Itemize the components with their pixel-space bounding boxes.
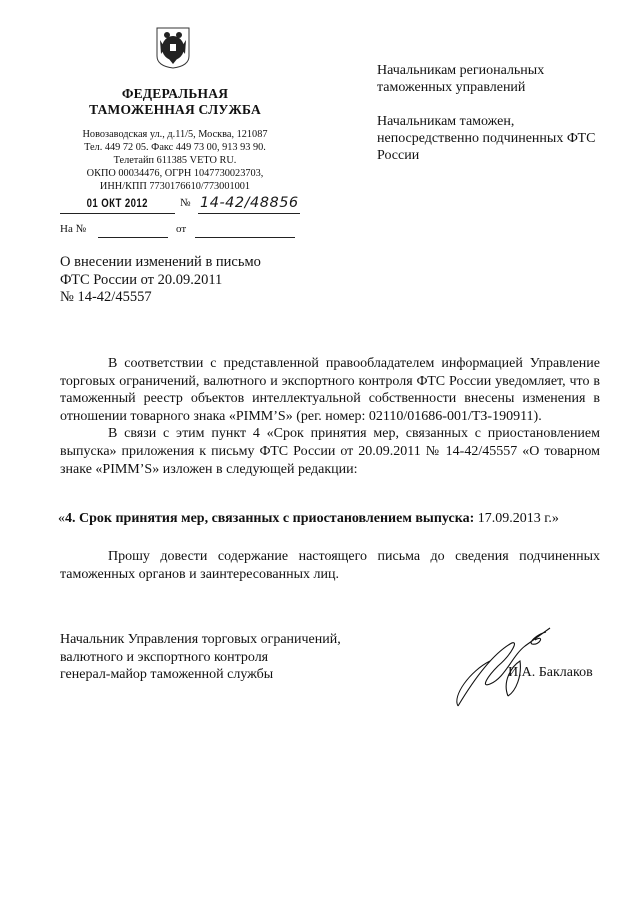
- address-line: Телетайп 611385 VETO RU.: [55, 154, 295, 167]
- reply-from-blank: [195, 237, 295, 238]
- address-line: ОКПО 00034476, ОГРН 1047730023703,: [55, 167, 295, 180]
- organization-name-line1: ФЕДЕРАЛЬНАЯ: [60, 86, 290, 102]
- body-paragraph: В соответствии с представленной правообл…: [60, 355, 600, 425]
- position-line: Начальник Управления торговых ограничени…: [60, 631, 390, 649]
- body-paragraph: В связи с этим пункт 4 «Срок принятия ме…: [60, 425, 600, 478]
- position-line: валютного и экспортного контроля: [60, 649, 390, 667]
- address-line: ИНН/КПП 7730176610/773001001: [55, 180, 295, 193]
- registration-line: 01 ОКТ 2012 № 14-42/48856: [60, 194, 300, 214]
- letter-subject: О внесении изменений в письмо ФТС России…: [60, 254, 320, 307]
- signer-position: Начальник Управления торговых ограничени…: [60, 631, 390, 684]
- amendment-text: «4. Срок принятия мер, связанных с приос…: [58, 510, 618, 528]
- addressees: Начальникам региональных таможенных упра…: [377, 62, 607, 181]
- addressee-customs: Начальникам таможен, непосредственно под…: [377, 113, 607, 164]
- subject-line: № 14-42/45557: [60, 289, 320, 307]
- reply-from-label: от: [176, 223, 186, 235]
- amendment-open-quote: «: [58, 511, 65, 526]
- organization-name: ФЕДЕРАЛЬНАЯ ТАМОЖЕННАЯ СЛУЖБА: [60, 86, 290, 118]
- request-paragraph: Прошу довести содержание настоящего пись…: [60, 548, 600, 583]
- organization-address: Новозаводская ул., д.11/5, Москва, 12108…: [55, 128, 295, 193]
- organization-name-line2: ТАМОЖЕННАЯ СЛУЖБА: [60, 102, 290, 118]
- request-text: Прошу довести содержание настоящего пись…: [60, 548, 600, 583]
- subject-line: ФТС России от 20.09.2011: [60, 272, 320, 290]
- amendment-date: 17.09.2013 г.»: [474, 511, 559, 526]
- position-line: генерал-майор таможенной службы: [60, 666, 390, 684]
- address-line: Тел. 449 72 05. Факс 449 73 00, 913 93 9…: [55, 141, 295, 154]
- address-line: Новозаводская ул., д.11/5, Москва, 12108…: [55, 128, 295, 141]
- reply-to-blank: [98, 237, 168, 238]
- addressee-regional: Начальникам региональных таможенных упра…: [377, 62, 607, 96]
- registration-number-field: 14-42/48856: [198, 194, 300, 214]
- registration-number-label: №: [180, 197, 191, 209]
- reply-reference-line: На № от: [60, 223, 300, 241]
- amendment-bold-label: 4. Срок принятия мер, связанных с приост…: [65, 511, 474, 526]
- registration-date-field: 01 ОКТ 2012: [60, 194, 175, 214]
- registration-number-handwritten: 14-42/48856: [198, 195, 299, 211]
- coat-of-arms-icon: [155, 26, 191, 70]
- registration-date-stamp: 01 ОКТ 2012: [87, 194, 148, 210]
- subject-line: О внесении изменений в письмо: [60, 254, 320, 272]
- reply-to-label: На №: [60, 223, 86, 235]
- letter-body: В соответствии с представленной правообл…: [60, 355, 600, 478]
- signer-name: И.А. Баклаков: [508, 665, 593, 681]
